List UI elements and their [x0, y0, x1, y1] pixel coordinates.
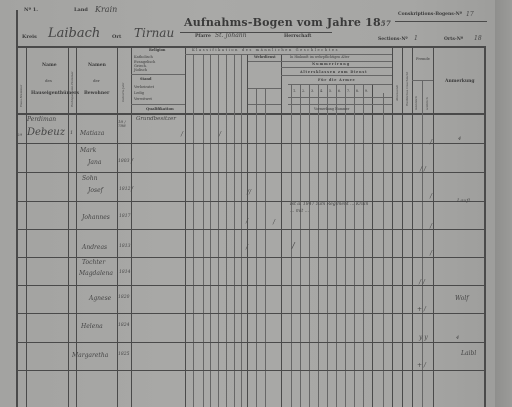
col-name-owner-1: Name	[42, 64, 57, 69]
col-geburtsjahr: Geburts-Jahr	[121, 72, 125, 102]
birth-year: 1824	[118, 324, 129, 329]
tick-mark: /	[131, 187, 133, 193]
header-line	[131, 74, 185, 75]
col-anmerkung: Anmerkung	[445, 80, 475, 85]
pfarre-label: Pfarre	[195, 35, 211, 40]
header-line	[248, 88, 281, 89]
row-line	[16, 285, 484, 286]
col-line	[412, 46, 413, 407]
col-haus-nr: Haus-Nummer	[19, 62, 23, 107]
col-line	[26, 46, 27, 407]
qualification: Grundbesitzer	[136, 117, 176, 123]
header-line	[185, 54, 392, 55]
owner-name-2: Debeuz	[27, 128, 65, 138]
ort-label: Ort	[112, 35, 121, 40]
remark: Laibl	[461, 351, 476, 357]
col-weibl: Weibliches Geschlecht	[405, 56, 409, 106]
tick-mark: /	[430, 224, 432, 230]
remark: 4	[458, 137, 461, 142]
resident-name: Helena	[81, 324, 103, 330]
header-line	[412, 80, 433, 81]
col-line	[185, 46, 186, 407]
col-stand: Stand	[140, 78, 151, 82]
col-altersklassen: Altersklassen zum Dienst	[300, 71, 367, 74]
col-line	[281, 54, 282, 407]
resident-name: Margaretha	[72, 353, 108, 359]
orts-label: Orts-Nº	[444, 38, 463, 43]
col-line	[318, 84, 319, 407]
owner-name-1: Perdiman	[27, 117, 56, 123]
tick-mark: /	[131, 159, 133, 165]
col-line	[345, 84, 346, 407]
birth-year: 1803	[118, 160, 129, 165]
stand-row: Verheiratet	[134, 86, 154, 90]
page-edge	[495, 0, 512, 407]
col-line	[327, 84, 328, 407]
resident-name: Johannes	[82, 215, 110, 221]
col-line	[265, 88, 266, 407]
sections-label: Sections-Nº	[378, 38, 408, 43]
remark: Wolf	[455, 296, 469, 302]
col-line	[193, 54, 194, 407]
resident-name-2: Josef	[88, 188, 103, 194]
row-line	[16, 257, 484, 258]
col-line	[131, 46, 132, 407]
col-line	[300, 84, 301, 407]
col-line	[354, 84, 355, 407]
tick-mark: / /	[419, 280, 425, 286]
col-line	[256, 88, 257, 407]
col-maennlich: männlich	[414, 90, 418, 110]
resident-name: Tochter	[82, 260, 105, 266]
col-line	[218, 54, 219, 407]
left-border	[16, 10, 18, 407]
col-line	[372, 84, 373, 407]
row-line	[16, 143, 484, 144]
col-line	[234, 54, 235, 407]
col-weiblich: weiblich	[425, 90, 429, 110]
conscription-label: Conskriptions-Bogens-Nº	[398, 13, 462, 18]
header-line	[248, 104, 281, 105]
tick-mark: / /	[420, 167, 426, 173]
resident-name: Mark	[80, 148, 96, 154]
col-line	[309, 84, 310, 407]
land-label: Land	[74, 8, 88, 13]
ort-value: Tirnau	[134, 27, 174, 39]
form-title: Aufnahms-Bogen vom Jahre 1857	[184, 17, 391, 28]
age-class-header: 1. 2. 3. 4. 5. 6. 7. 8. 9.	[293, 90, 368, 94]
resident-name: Matiaza	[80, 131, 104, 137]
conscription-underline	[395, 21, 487, 22]
col-name-residents-2: der	[93, 79, 100, 83]
tick-mark: y y	[419, 335, 428, 341]
row-line	[16, 201, 484, 202]
header-bottom-border	[16, 113, 484, 115]
birth-year: 18 / 788	[118, 120, 130, 128]
col-vormerkung: Vormerkung Nummer	[314, 108, 349, 111]
tick-mark: //	[247, 190, 251, 196]
row-line	[16, 370, 484, 371]
kreis-label: Kreis	[22, 35, 37, 40]
col-in-zukunft: In Hinkunft im wehrpflichtigen Alter	[290, 56, 349, 59]
title-underline	[180, 32, 332, 33]
col-line	[392, 46, 393, 407]
pfarre-value: St. Johann	[215, 33, 247, 39]
orts-value: 18	[474, 36, 482, 42]
tick-mark: /	[273, 220, 275, 226]
col-fremde: Fremde	[416, 58, 430, 62]
resident-name: Sohn	[82, 176, 97, 182]
sections-value: 1	[414, 36, 418, 42]
tick-mark: /	[430, 194, 432, 200]
house-number: 29	[17, 133, 22, 137]
col-line	[336, 84, 337, 407]
tick-mark: /	[430, 140, 432, 146]
col-line	[383, 93, 384, 407]
religion-row: Katholisch	[134, 56, 153, 60]
col-line	[226, 54, 227, 407]
col-line	[210, 54, 211, 407]
row-line	[16, 313, 484, 314]
col-name-owner-2: des	[45, 79, 52, 83]
header-line	[288, 104, 392, 105]
tick-mark: + /	[417, 363, 426, 369]
col-line	[68, 46, 69, 407]
resident-name-2: Jana	[88, 160, 101, 166]
col-line	[433, 46, 434, 407]
row-line	[16, 229, 484, 230]
col-wehrdienst: Wehrdienst	[254, 56, 276, 59]
col-line	[203, 54, 204, 407]
stand-row: Ledig	[134, 92, 144, 96]
header-line	[281, 67, 392, 68]
tick-mark: + /	[417, 307, 426, 313]
col-wohnpartei: Wohnparteien-Nummer	[70, 62, 74, 107]
birth-year: 1812	[119, 188, 130, 193]
sheet-number: Nº 1.	[24, 8, 38, 13]
tick-mark: /	[430, 251, 432, 257]
stand-row: Verwitwet	[134, 98, 152, 102]
service-note: Ist a. 1847 zum Regiment ... Krain ... m…	[290, 202, 370, 216]
tick-mark: /	[246, 245, 248, 251]
header-line	[131, 104, 185, 105]
land-value: Krain	[95, 6, 117, 14]
resident-name: Andreas	[82, 245, 107, 251]
col-religion: Religion	[149, 49, 165, 53]
birth-year: 1813	[119, 245, 130, 250]
row-line	[16, 172, 484, 173]
remark: Laufl.	[457, 199, 471, 204]
header-line	[281, 75, 392, 76]
tick-mark: /	[181, 132, 183, 138]
header-line	[288, 84, 392, 85]
col-abwesend: Abwesend	[395, 56, 399, 101]
col-line	[363, 84, 364, 407]
col-nummerierung: Nummerirung	[312, 63, 350, 66]
col-qualifikation: Qualifikation	[146, 107, 174, 111]
col-klassifikation: Klassifikation des männlichen Geschlecht…	[192, 49, 339, 53]
col-name-residents-1: Namen	[88, 64, 106, 69]
col-line	[422, 80, 423, 407]
remark: 4	[456, 336, 459, 341]
birth-year: 1820	[118, 296, 129, 301]
birth-year: 1817	[119, 215, 130, 220]
herrschaft-label: Herrschaft	[284, 35, 311, 40]
party-number: 1	[70, 131, 73, 136]
header-line	[288, 97, 392, 98]
religion-row: Jüdisch	[134, 69, 147, 73]
kreis-value: Laibach	[48, 27, 100, 40]
col-name-residents-3: Bewohner	[84, 92, 109, 97]
birth-year: 1814	[119, 271, 130, 276]
resident-name-2: Magdalena	[79, 271, 113, 277]
col-line	[241, 54, 242, 407]
right-border	[484, 46, 486, 407]
tick-mark: /	[292, 242, 295, 250]
tick-mark: /	[219, 132, 221, 138]
conscription-value: 17	[466, 12, 474, 18]
col-fuer-die-armee: Für die Armee	[318, 79, 356, 82]
row-line	[16, 342, 484, 343]
resident-name: Agnese	[89, 296, 111, 302]
birth-year: 1825	[118, 353, 129, 358]
col-line	[402, 46, 403, 407]
col-line	[247, 54, 248, 407]
tick-mark: /	[246, 219, 248, 225]
